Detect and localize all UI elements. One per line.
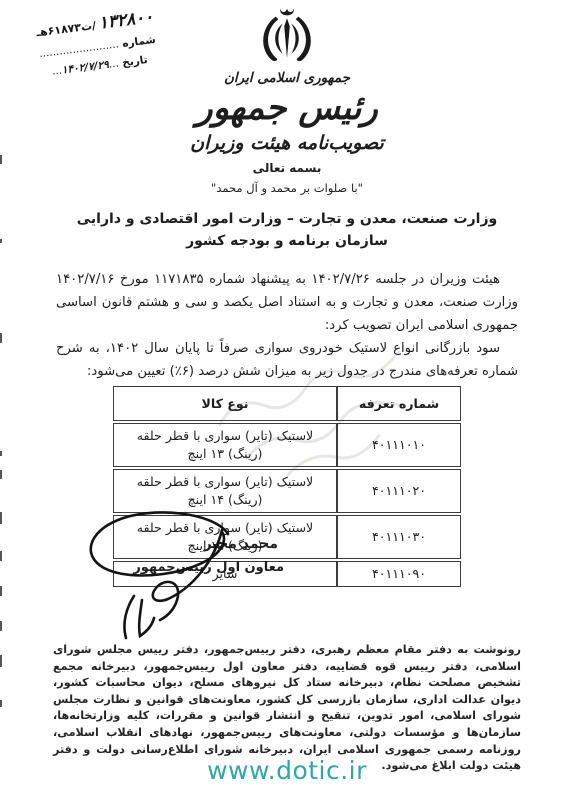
decree-body: هیئت وزیران در جلسه ۱۴۰۲/۷/۲۶ به پیشنهاد…: [56, 268, 518, 383]
scan-artifact: [0, 451, 2, 456]
salawat-text: "با صلوات بر محمد و آل محمد": [0, 181, 574, 195]
bismillah-text: بسمه تعالی: [0, 161, 574, 175]
tariff-number-cell: ۴۰۱۱۱۰۹۰: [337, 561, 461, 587]
scan-artifact: [0, 239, 2, 243]
table-header-row: شماره تعرفه نوع کالا: [113, 386, 461, 421]
scan-artifact: [0, 655, 2, 667]
president-title: رئیس جمهور: [0, 88, 574, 128]
header-tariff-number: شماره تعرفه: [337, 386, 461, 421]
scan-artifact: [0, 621, 2, 631]
addressee-line-1: وزارت صنعت، معدن و تجارت – وزارت امور اق…: [0, 208, 574, 230]
signature-block: محمد مخبر معاون اول رییس‌جمهور: [54, 508, 284, 640]
document-type-title: تصویب‌نامه هیئت وزیران: [0, 132, 574, 154]
tariff-number-cell: ۴۰۱۱۱۰۳۰: [337, 515, 461, 559]
iran-emblem-icon: [261, 6, 313, 66]
scan-artifact: [0, 700, 2, 707]
distribution-list: رونوشت به دفتر مقام معظم رهبری، دفتر ریی…: [53, 642, 521, 775]
letterhead: جمهوری اسلامی ایران رئیس جمهور تصویب‌نام…: [0, 6, 574, 154]
product-cell: لاستیک (تایر) سواری با قطر حلقه (رینگ) ۱…: [113, 423, 337, 467]
addressees: وزارت صنعت، معدن و تجارت – وزارت امور اق…: [0, 208, 574, 252]
handwritten-signature: [56, 504, 256, 646]
scan-artifact: [0, 470, 2, 479]
invocation: بسمه تعالی "با صلوات بر محمد و آل محمد": [0, 161, 574, 195]
website-link[interactable]: www.dotic.ir: [0, 756, 574, 785]
scan-artifact: [0, 551, 2, 561]
scan-artifact: [0, 512, 2, 524]
tariff-number-cell: ۴۰۱۱۱۰۲۰: [337, 469, 461, 513]
decree-paragraph-2: سود بازرگانی انواع لاستیک خودروی سواری ص…: [56, 337, 518, 383]
scan-artifact: [0, 586, 2, 596]
document-page: ۱۳۲۸۰۰/ت۶۱۸۷۳هـ شماره ..................…: [0, 0, 574, 800]
header-product-type: نوع کالا: [113, 386, 337, 421]
tariff-number-cell: ۴۰۱۱۱۰۱۰: [337, 423, 461, 467]
scan-artifact: [0, 155, 2, 164]
table-row: ۴۰۱۱۱۰۱۰ لاستیک (تایر) سواری با قطر حلقه…: [113, 423, 461, 467]
scan-artifact: [0, 333, 2, 343]
country-name: جمهوری اسلامی ایران: [0, 70, 574, 86]
decree-paragraph-1: هیئت وزیران در جلسه ۱۴۰۲/۷/۲۶ به پیشنهاد…: [56, 268, 518, 337]
addressee-line-2: سازمان برنامه و بودجه کشور: [0, 230, 574, 252]
